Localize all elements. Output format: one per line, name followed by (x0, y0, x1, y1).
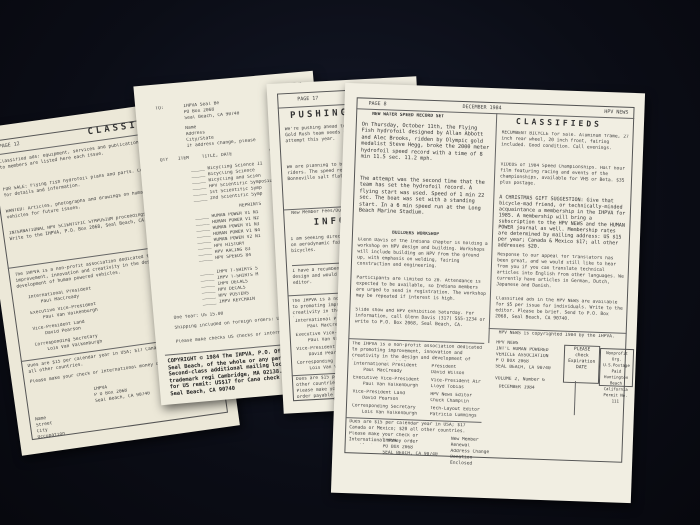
table-header: TITLE, DATE (202, 150, 262, 161)
check-expiration-stamp: PLEASEcheckExpirationDATE (563, 345, 600, 384)
return-address-block: HPV NEWSINT'L HUMAN POWEREDVEHICLE ASSOC… (495, 340, 566, 372)
postage-permit-block: Nonprofit Org.U.S.Postage PaidHuntington… (599, 348, 634, 387)
classified-ad: A CHRISTMAS GIFT SUGGESTION: Give that b… (497, 194, 627, 254)
table-header: QTY (160, 157, 174, 164)
classified-ad: Classified ads in the HPV NEWS are avail… (495, 296, 624, 330)
table-header: ITEM (178, 155, 198, 163)
to-label: TO: (155, 105, 175, 113)
address-line: SEAL BEACH, CA 90740 (382, 450, 452, 458)
postage-text: Permit No. 111 (600, 392, 630, 405)
postage-text: Nonprofit Org. (602, 350, 632, 363)
stamp-text: DATE (565, 365, 597, 372)
newsletter-page-8-front: PAGE 8 DECEMBER 1984 HPV NEWS NEW WATER … (331, 83, 645, 503)
issue-date-header: DECEMBER 1984 (462, 104, 501, 112)
workshop-paragraph: Slide show and HPV exhibition Saturday. … (354, 307, 485, 340)
page-number: PAGE 8 (368, 101, 386, 108)
classified-ad: VIDEOS of 1984 Speed Championships. Half… (500, 162, 629, 196)
article-paragraph: On Thursday, October 11th, the Flying Fi… (360, 121, 492, 178)
page-number: PAGE 17 (297, 95, 318, 102)
checkbox-donation: Donation Enclosed (450, 455, 490, 468)
classified-ad: Response to our appeal for translators h… (496, 252, 625, 298)
publication-name: HPV NEWS (604, 109, 628, 116)
postage-text: U.S.Postage Paid (601, 362, 631, 375)
workshop-paragraph: Participants are limited to 20. Attendan… (355, 275, 486, 310)
article-paragraph: The attempt was the second time that the… (358, 175, 490, 230)
classified-ad: RECUMBENT BICYCLE for sale. Aluminum fra… (501, 130, 630, 164)
postage-text: Huntington Beach (601, 374, 631, 387)
workshop-paragraph: Glenn Davis of the Indiana chapter is ho… (357, 237, 488, 278)
